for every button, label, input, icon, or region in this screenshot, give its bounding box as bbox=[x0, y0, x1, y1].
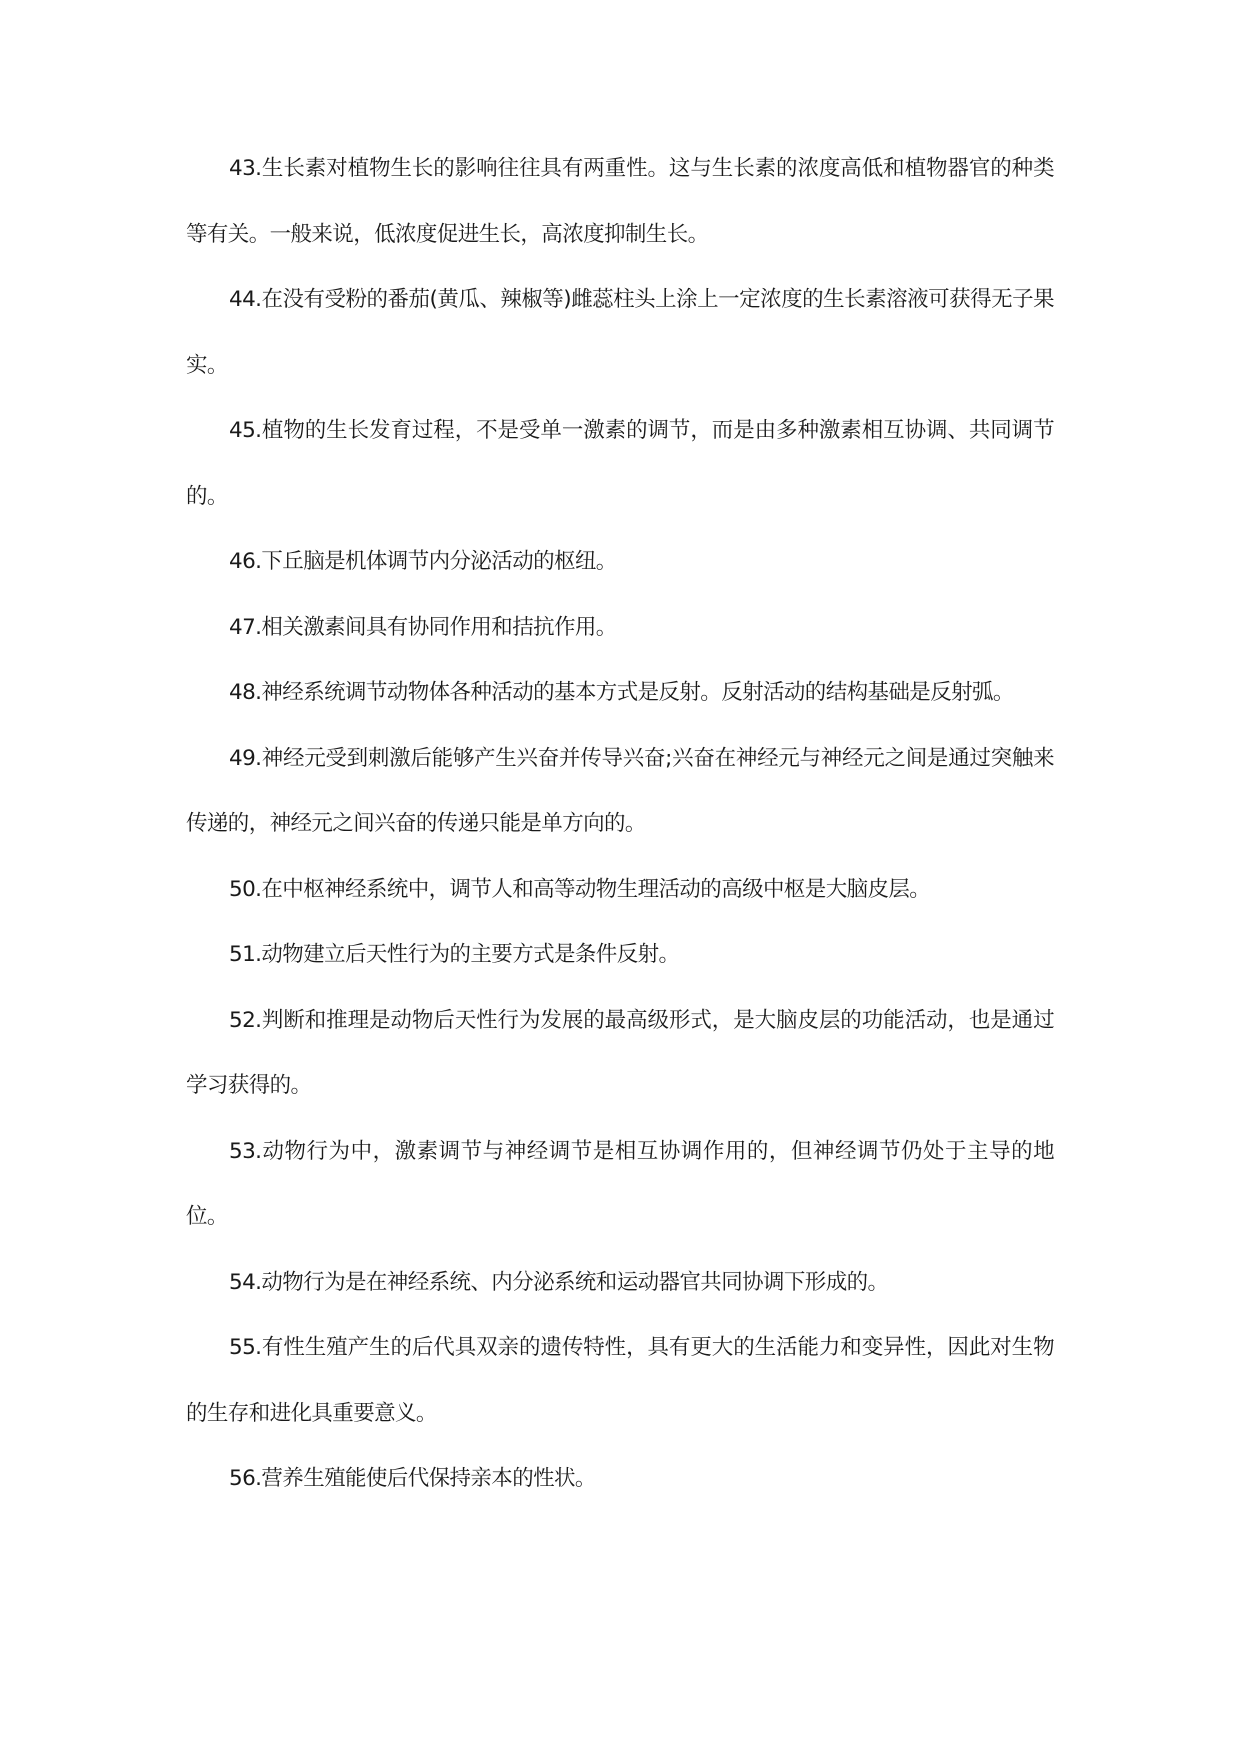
paragraph-50: 50.在中枢神经系统中，调节人和高等动物生理活动的高级中枢是大脑皮层。 bbox=[186, 857, 1054, 923]
paragraph-51: 51.动物建立后天性行为的主要方式是条件反射。 bbox=[186, 922, 1054, 988]
paragraph-56: 56.营养生殖能使后代保持亲本的性状。 bbox=[186, 1446, 1054, 1512]
paragraph-52: 52.判断和推理是动物后天性行为发展的最高级形式，是大脑皮层的功能活动，也是通过… bbox=[186, 988, 1054, 1119]
paragraph-48: 48.神经系统调节动物体各种活动的基本方式是反射。反射活动的结构基础是反射弧。 bbox=[186, 660, 1054, 726]
paragraph-47: 47.相关激素间具有协同作用和拮抗作用。 bbox=[186, 595, 1054, 661]
paragraph-53: 53.动物行为中，激素调节与神经调节是相互协调作用的，但神经调节仍处于主导的地位… bbox=[186, 1119, 1054, 1250]
document-page: 43.生长素对植物生长的影响往往具有两重性。这与生长素的浓度高低和植物器官的种类… bbox=[186, 136, 1054, 1512]
paragraph-55: 55.有性生殖产生的后代具双亲的遗传特性，具有更大的生活能力和变异性，因此对生物… bbox=[186, 1315, 1054, 1446]
paragraph-54: 54.动物行为是在神经系统、内分泌系统和运动器官共同协调下形成的。 bbox=[186, 1250, 1054, 1316]
paragraph-49: 49.神经元受到刺激后能够产生兴奋并传导兴奋;兴奋在神经元与神经元之间是通过突触… bbox=[186, 726, 1054, 857]
paragraph-44: 44.在没有受粉的番茄(黄瓜、辣椒等)雌蕊柱头上涂上一定浓度的生长素溶液可获得无… bbox=[186, 267, 1054, 398]
paragraph-46: 46.下丘脑是机体调节内分泌活动的枢纽。 bbox=[186, 529, 1054, 595]
paragraph-43: 43.生长素对植物生长的影响往往具有两重性。这与生长素的浓度高低和植物器官的种类… bbox=[186, 136, 1054, 267]
paragraph-45: 45.植物的生长发育过程，不是受单一激素的调节，而是由多种激素相互协调、共同调节… bbox=[186, 398, 1054, 529]
